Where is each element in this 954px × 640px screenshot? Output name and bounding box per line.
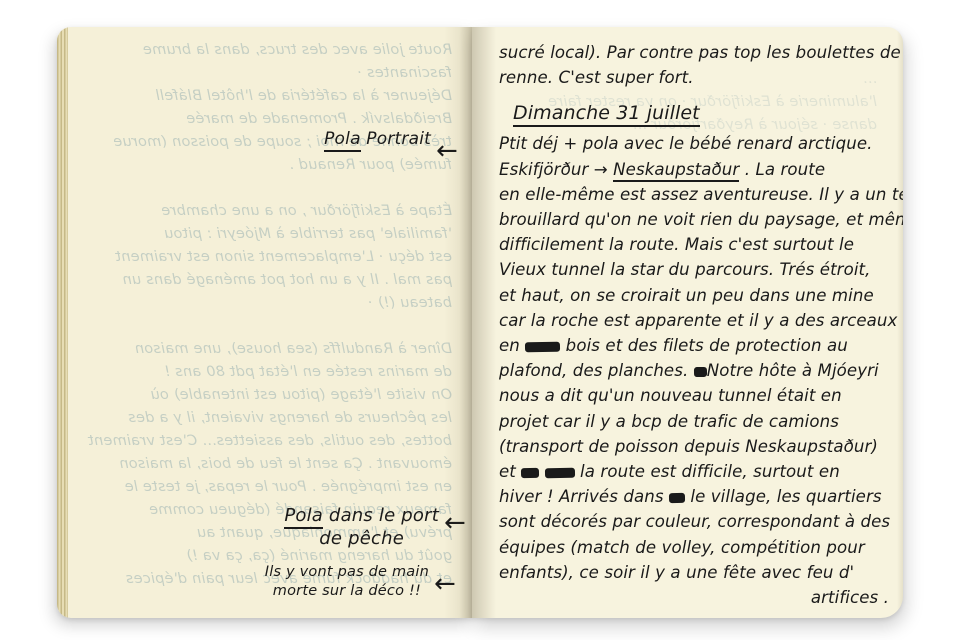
scribble-redaction [521,468,539,478]
annotation-line: morte sur la déco !! [265,582,429,601]
left-page: Route jolie avec des trucs, dans la brum… [57,27,472,618]
journal-line: plafond, des planches. Notre hôte à Mjóe… [499,358,889,383]
text-segment: le village, les quartiers [685,487,882,506]
annotation-text: Pola Portrait [324,128,431,150]
text-segment: sont décorés par couleur, correspondant … [499,512,890,531]
annotation-text: Ils y vont pas de mainmorte sur la déco … [265,563,429,601]
margin-annotation-pola-port-de-peche: Pola dans le portde pêche← [284,504,466,551]
annotation-line: Pola dans le port [284,504,439,527]
text-segment: Ptit déj + pola avec le bébé renard arct… [499,134,873,153]
text-segment: Notre hôte à Mjóeyri [707,361,879,380]
bleed-through-line: fascinantes · [73,62,452,85]
left-arrow-icon: ← [434,571,456,597]
text-segment: en [499,336,525,355]
text-segment: en elle-même est assez aventureuse. Il y… [499,185,903,204]
scribble-redaction [669,493,685,503]
bleed-through-line: en est imprégnée . Pour le repas, je tes… [73,476,452,499]
journal-line: difficilement la route. Mais c'est surto… [499,232,889,257]
text-segment: bois et des filets de protection au [560,336,848,355]
journal-line: Vieux tunnel la star du parcours. Trés é… [499,257,889,282]
text-segment: nous a dit qu'un nouveau tunnel était en [499,386,842,405]
text-segment: enfants), ce soir il y a une fête avec f… [499,563,854,582]
text-segment: renne. C'est super fort. [499,68,694,87]
scribble-redaction [545,468,575,479]
journal-line: (transport de poisson depuis Neskaupstað… [499,434,889,459]
bleed-through-line: Dîner à Randulffs (sea house), une maiso… [73,338,452,361]
journal-line: hiver ! Arrivés dans le village, les qua… [499,484,889,509]
bleed-through-line: Route jolie avec des trucs, dans la brum… [73,39,452,62]
text-segment: et haut, on se croirait un peu dans une … [499,286,874,305]
text-segment: morte sur la déco !! [273,583,421,599]
text-segment: équipes (match de volley, compétition po… [499,538,865,557]
underlined-text: Dimanche 31 juillet [513,102,700,127]
journal-line: en elle-même est assez aventureuse. Il y… [499,182,889,207]
journal-line: Eskifjörður → Neskaupstaður . La route [499,157,889,182]
text-segment: de pêche [319,528,404,549]
journal-line: et la route est difficile, surtout en [499,459,889,484]
journal-line: et haut, on se croirait un peu dans une … [499,283,889,308]
right-page: …l'aluminerie à Eskifjörður · on va rest… [472,27,903,618]
text-segment [539,462,544,481]
text-segment: Vieux tunnel la star du parcours. Trés é… [499,260,871,279]
text-segment: plafond, des planches. [499,361,694,380]
bleed-through-line: Déjeuner à la cafétéria de l'hôtel Bláfe… [73,85,452,108]
text-segment: dans le port [323,505,439,526]
text-segment: Portrait [361,129,431,149]
journal-line: nous a dit qu'un nouveau tunnel était en [499,383,889,408]
annotation-line: Pola Portrait [324,128,431,150]
text-segment: Ils y vont pas de main [265,564,429,580]
text-segment: artifices . [811,588,889,607]
journal-line: en bois et des filets de protection au [499,333,889,358]
text-segment: projet car il y a bcp de trafic de camio… [499,412,839,431]
bleed-through-line: les pêcheurs de harengs vivaient, il y a… [73,407,452,430]
bleed-through-line: bateau (!) · [73,292,452,315]
journal-line: enfants), ce soir il y a une fête avec f… [499,560,889,585]
scribble-redaction [525,342,560,353]
bleed-through-line: Étape à Eskifjörður , on a une chambre [73,200,452,223]
journal-line: brouillard qu'on ne voit rien du paysage… [499,207,889,232]
margin-annotation-deco-remark: Ils y vont pas de mainmorte sur la déco … [265,563,456,601]
date-heading: Dimanche 31 juillet [499,100,889,127]
underlined-text: Neskaupstaður [613,160,739,182]
text-segment: sucré local). Par contre pas top les bou… [499,43,901,62]
journal-line: renne. C'est super fort. [499,65,889,90]
text-segment: Eskifjörður → [499,160,613,179]
journal-line: équipes (match de volley, compétition po… [499,535,889,560]
text-segment: brouillard qu'on ne voit rien du paysage… [499,210,903,229]
journal-line: Ptit déj + pola avec le bébé renard arct… [499,131,889,156]
bleed-through-line: 'familiale' pas terrible à Mjóeyri : pit… [73,223,452,246]
margin-annotation-pola-portrait: Pola Portrait← [324,128,458,164]
annotation-line: de pêche [284,527,439,550]
bleed-through-line [73,315,452,338]
bleed-through-line: bottes, des outils, des assiettes... C'e… [73,430,452,453]
text-segment: la route est difficile, surtout en [575,462,840,481]
journal-line: car la roche est apparente et il y a des… [499,308,889,333]
left-arrow-icon: ← [436,138,458,164]
text-segment: difficilement la route. Mais c'est surto… [499,235,854,254]
left-arrow-icon: ← [444,510,466,536]
journal-line: sont décorés par couleur, correspondant … [499,509,889,534]
text-segment: et [499,462,521,481]
annotation-line: Ils y vont pas de main [265,563,429,582]
notebook-photo: Route jolie avec des trucs, dans la brum… [57,27,903,618]
journal-line: sucré local). Par contre pas top les bou… [499,40,889,65]
scribble-redaction [694,367,707,377]
bleed-through-line: émouvant . Ça sent le feu de bois, la ma… [73,453,452,476]
annotation-text: Pola dans le portde pêche [284,504,439,551]
bleed-through-line: pas mal . Il y a un hot pot aménagé dans… [73,269,452,292]
text-segment: car la roche est apparente et il y a des… [499,311,897,330]
underlined-text: Pola [324,129,361,152]
journal-line: projet car il y a bcp de trafic de camio… [499,409,889,434]
journal-line: artifices . [499,585,889,610]
underlined-text: Pola [284,505,323,529]
bleed-through-line: de marins restée en l'état pdt 80 ans ! [73,361,452,384]
text-segment: . La route [739,160,825,179]
bleed-through-line: On visite l'étage (pitou est intenable) … [73,384,452,407]
text-segment: (transport de poisson depuis Neskaupstað… [499,437,878,456]
bleed-through-line [73,177,452,200]
journal-lines: sucré local). Par contre pas top les bou… [472,27,903,610]
bleed-through-line: est déçu · L'emplacement sinon est vraim… [73,246,452,269]
text-segment: hiver ! Arrivés dans [499,487,669,506]
